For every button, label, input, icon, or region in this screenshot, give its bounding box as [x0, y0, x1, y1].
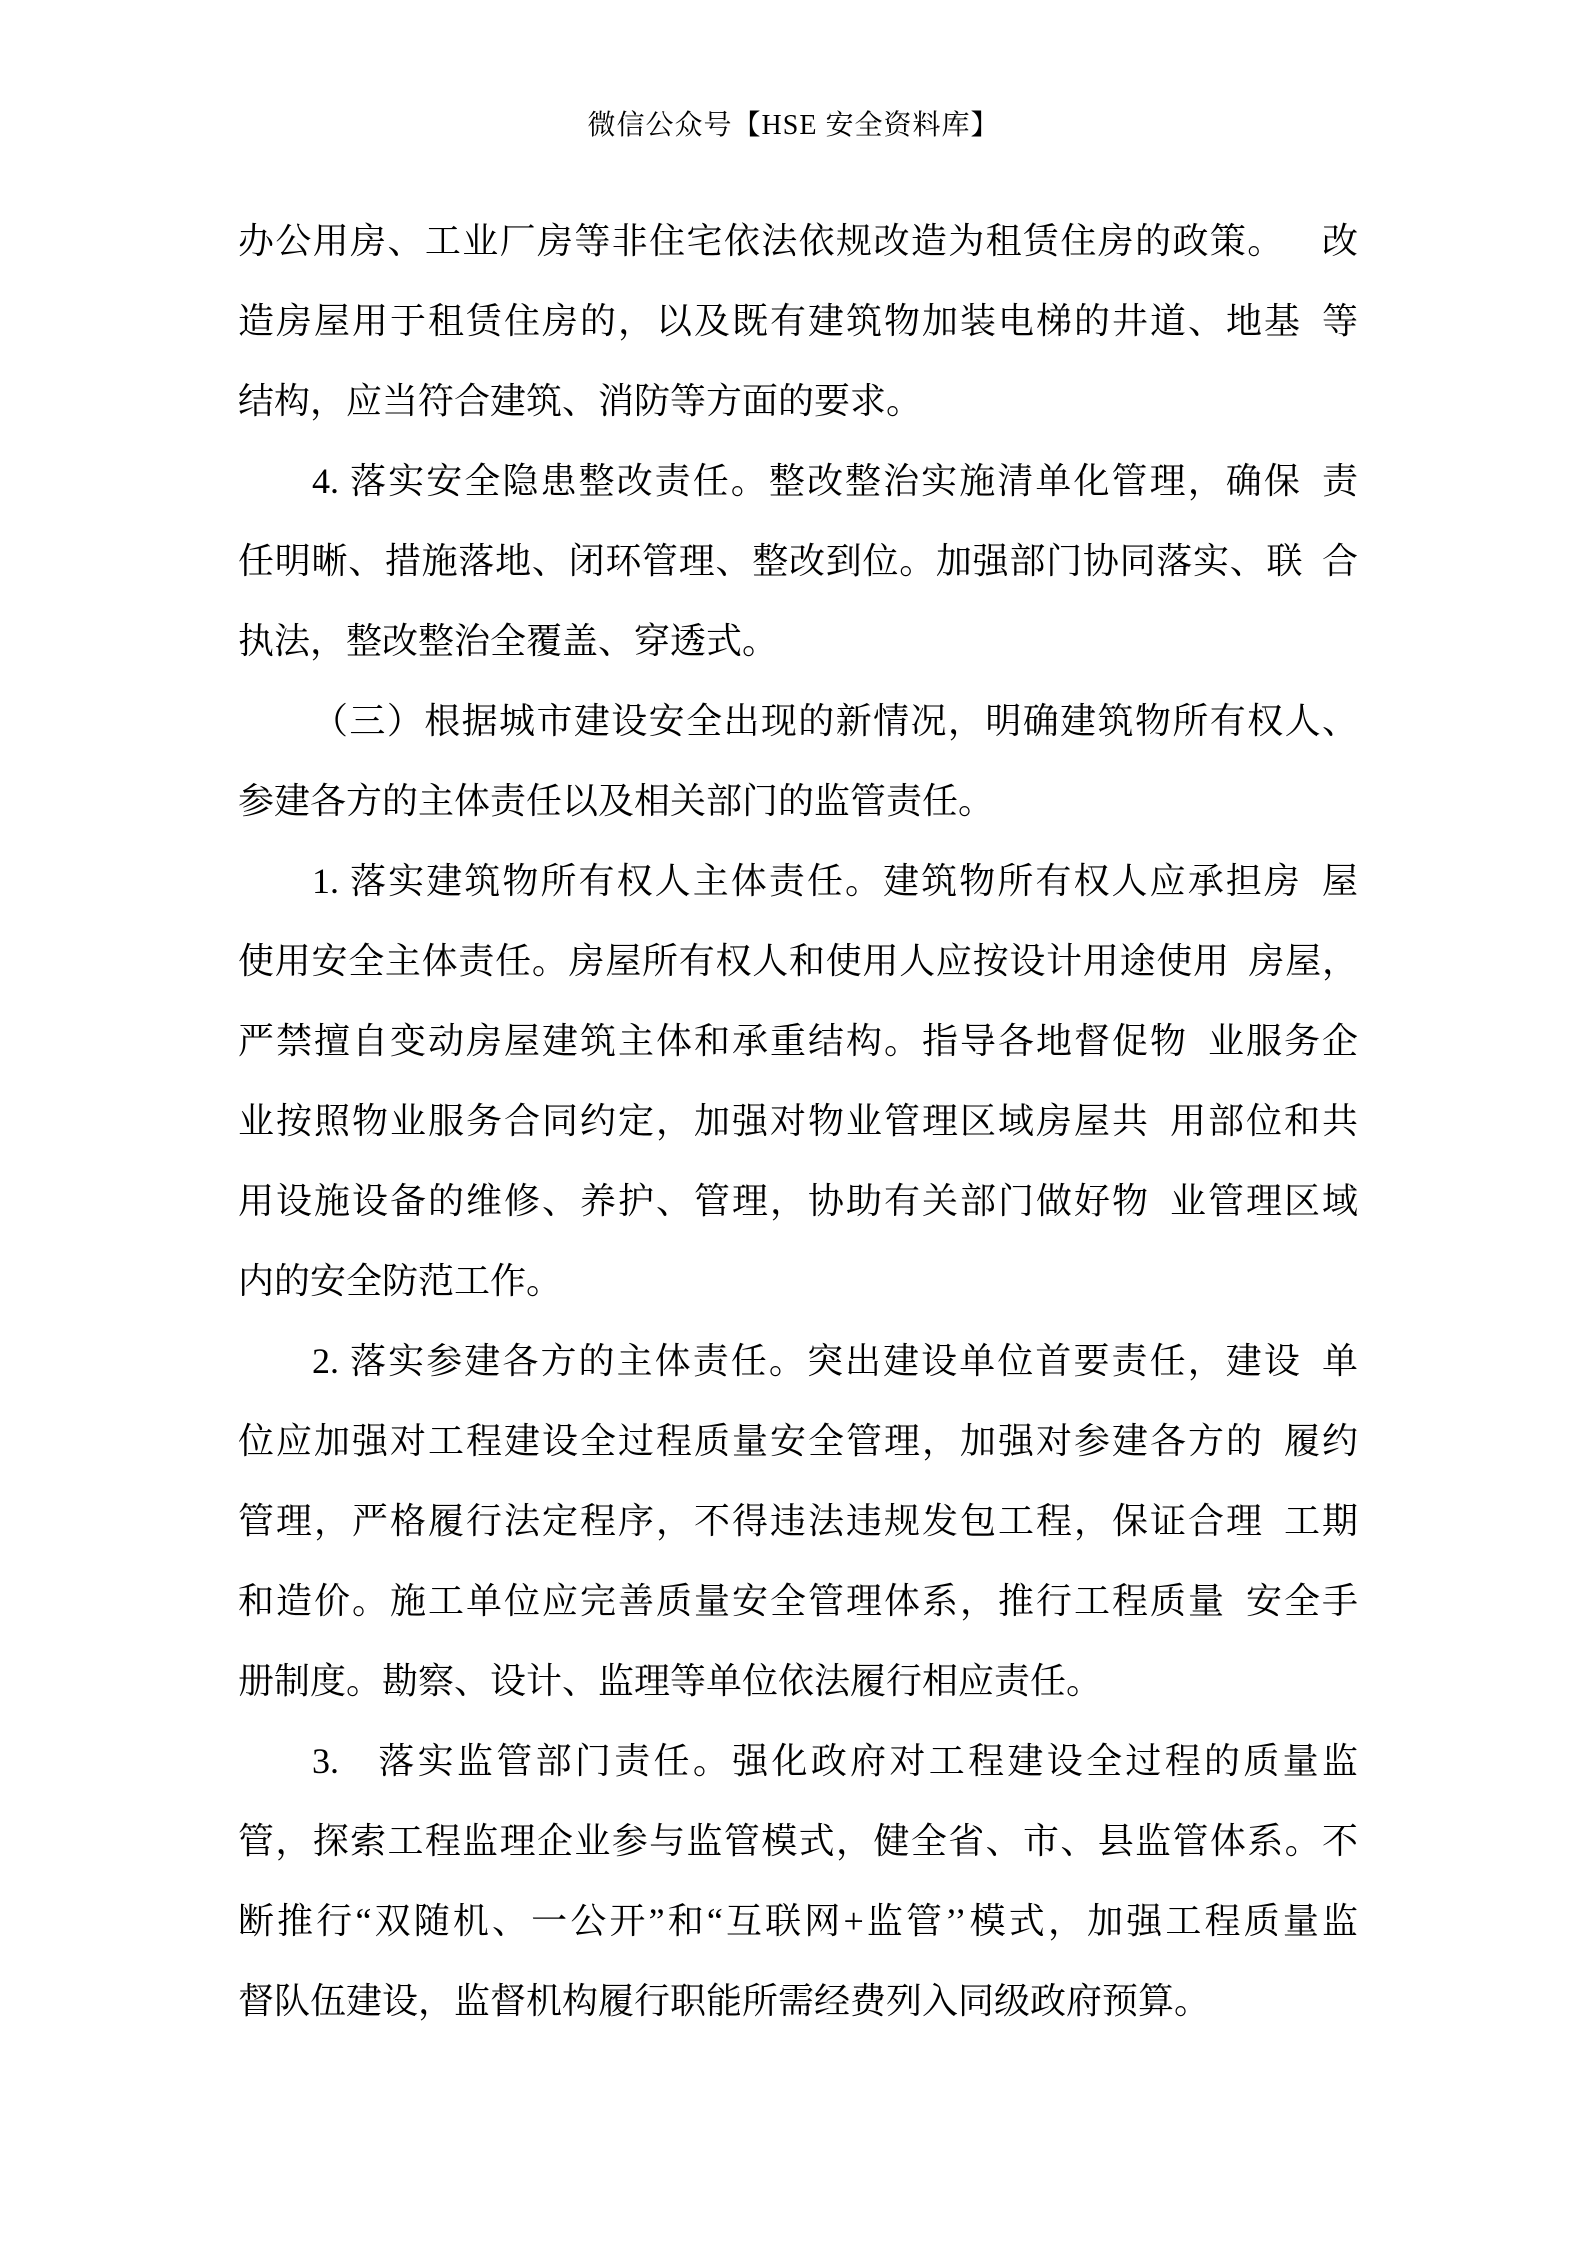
text-line: 断推行“双随机、一公开”和“互联网+监管’’模式，加强工程质量监 [238, 1881, 1358, 1961]
text-line: 和造价。施工单位应完善质量安全管理体系，推行工程质量 安全手 [238, 1561, 1358, 1641]
text-line: 严禁擅自变动房屋建筑主体和承重结构。指导各地督促物 业服务企 [238, 1001, 1358, 1081]
document-body: 办公用房、工业厂房等非住宅依法依规改造为租赁住房的政策。 改造房屋用于租赁住房的… [238, 201, 1358, 2041]
text-line: 办公用房、工业厂房等非住宅依法依规改造为租赁住房的政策。 改 [238, 201, 1358, 281]
text-line: 3. 落实监管部门责任。强化政府对工程建设全过程的质量监 [238, 1721, 1358, 1801]
paragraph: 办公用房、工业厂房等非住宅依法依规改造为租赁住房的政策。 改造房屋用于租赁住房的… [238, 201, 1358, 441]
text-line: （三）根据城市建设安全出现的新情况，明确建筑物所有权人、 [238, 681, 1358, 761]
paragraph: 3. 落实监管部门责任。强化政府对工程建设全过程的质量监管，探索工程监理企业参与… [238, 1721, 1358, 2041]
text-line: 执法，整改整治全覆盖、穿透式。 [238, 601, 1358, 681]
text-line: 2. 落实参建各方的主体责任。突出建设单位首要责任，建设 单 [238, 1321, 1358, 1401]
text-line: 管，探索工程监理企业参与监管模式，健全省、市、县监管体系。不 [238, 1801, 1358, 1881]
text-line: 管理，严格履行法定程序，不得违法违规发包工程，保证合理 工期 [238, 1481, 1358, 1561]
text-line: 内的安全防范工作。 [238, 1241, 1358, 1321]
text-line: 使用安全主体责任。房屋所有权人和使用人应按设计用途使用 房屋， [238, 921, 1358, 1001]
paragraph: 2. 落实参建各方的主体责任。突出建设单位首要责任，建设 单位应加强对工程建设全… [238, 1321, 1358, 1721]
text-line: 用设施设备的维修、养护、管理，协助有关部门做好物 业管理区域 [238, 1161, 1358, 1241]
text-line: 任明晰、措施落地、闭环管理、整改到位。加强部门协同落实、联 合 [238, 521, 1358, 601]
text-line: 册制度。勘察、设计、监理等单位依法履行相应责任。 [238, 1641, 1358, 1721]
text-line: 4. 落实安全隐患整改责任。整改整治实施清单化管理，确保 责 [238, 441, 1358, 521]
text-line: 位应加强对工程建设全过程质量安全管理，加强对参建各方的 履约 [238, 1401, 1358, 1481]
text-line: 参建各方的主体责任以及相关部门的监管责任。 [238, 761, 1358, 841]
text-line: 结构，应当符合建筑、消防等方面的要求。 [238, 361, 1358, 441]
paragraph: （三）根据城市建设安全出现的新情况，明确建筑物所有权人、参建各方的主体责任以及相… [238, 681, 1358, 841]
page-header-text: 微信公众号【HSE 安全资料库】 [0, 108, 1587, 144]
page: 微信公众号【HSE 安全资料库】 办公用房、工业厂房等非住宅依法依规改造为租赁住… [0, 0, 1587, 2245]
text-line: 1. 落实建筑物所有权人主体责任。建筑物所有权人应承担房 屋 [238, 841, 1358, 921]
paragraph: 4. 落实安全隐患整改责任。整改整治实施清单化管理，确保 责任明晰、措施落地、闭… [238, 441, 1358, 681]
paragraph: 1. 落实建筑物所有权人主体责任。建筑物所有权人应承担房 屋使用安全主体责任。房… [238, 841, 1358, 1321]
text-line: 业按照物业服务合同约定，加强对物业管理区域房屋共 用部位和共 [238, 1081, 1358, 1161]
text-line: 督队伍建设，监督机构履行职能所需经费列入同级政府预算。 [238, 1961, 1358, 2041]
text-line: 造房屋用于租赁住房的，以及既有建筑物加装电梯的井道、地基 等 [238, 281, 1358, 361]
